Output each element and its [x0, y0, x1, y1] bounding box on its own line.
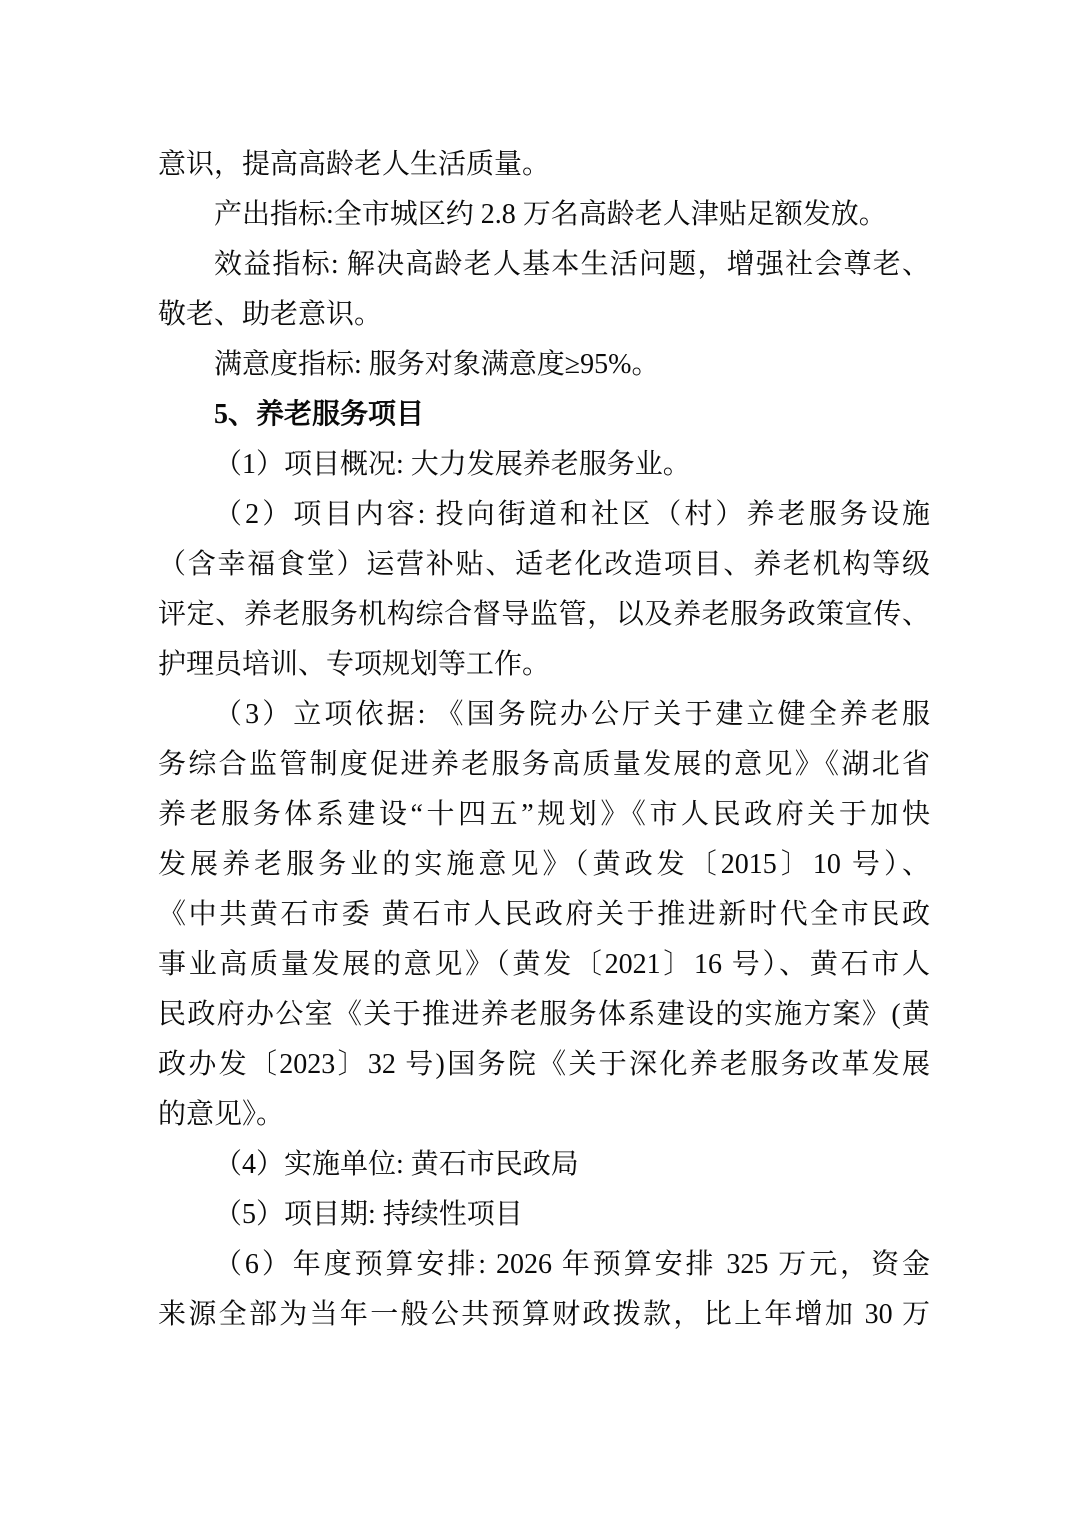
text-line: （含幸福食堂）运营补贴、适老化改造项目、养老机构等级 [158, 540, 930, 590]
text-line: 护理员培训、专项规划等工作。 [158, 640, 930, 690]
text-line: 《中共黄石市委 黄石市人民政府关于推进新时代全市民政 [158, 890, 930, 940]
text-line: （3）立项依据: 《国务院办公厅关于建立健全养老服 [158, 690, 930, 740]
text-line: 的意见》。 [158, 1090, 930, 1140]
satisfaction-indicator: 满意度指标: 服务对象满意度≥95%。 [158, 340, 930, 390]
text-line: 满意度指标: 服务对象满意度≥95%。 [158, 340, 930, 390]
text-line: （4）实施单位: 黄石市民政局 [158, 1140, 930, 1190]
text-line: （1）项目概况: 大力发展养老服务业。 [158, 440, 930, 490]
text-line: 民政府办公室《关于推进养老服务体系建设的实施方案》(黄 [158, 990, 930, 1040]
document-body: 意识，提高高龄老人生活质量。产出指标:全市城区约 2.8 万名高龄老人津贴足额发… [158, 140, 930, 1340]
text-line: 产出指标:全市城区约 2.8 万名高龄老人津贴足额发放。 [158, 190, 930, 240]
benefit-indicator: 效益指标: 解决高龄老人基本生活问题，增强社会尊老、敬老、助老意识。 [158, 240, 930, 340]
text-line: （6）年度预算安排: 2026 年预算安排 325 万元，资金 [158, 1240, 930, 1290]
carryover-text: 意识，提高高龄老人生活质量。 [158, 140, 930, 190]
document-page: 意识，提高高龄老人生活质量。产出指标:全市城区约 2.8 万名高龄老人津贴足额发… [0, 0, 1074, 1520]
text-line: 务综合监管制度促进养老服务高质量发展的意见》《湖北省 [158, 740, 930, 790]
item-4-implementing-unit: （4）实施单位: 黄石市民政局 [158, 1140, 930, 1190]
item-1-project-overview: （1）项目概况: 大力发展养老服务业。 [158, 440, 930, 490]
text-line: 事业高质量发展的意见》（黄发〔2021〕16 号）、黄石市人 [158, 940, 930, 990]
text-line: 敬老、助老意识。 [158, 290, 930, 340]
text-line: 发展养老服务业的实施意见》（黄政发〔2015〕10 号）、 [158, 840, 930, 890]
text-line: 评定、养老服务机构综合督导监管，以及养老服务政策宣传、 [158, 590, 930, 640]
heading-line: 5、养老服务项目 [158, 390, 930, 440]
text-line: （2）项目内容: 投向街道和社区（村）养老服务设施 [158, 490, 930, 540]
output-indicator: 产出指标:全市城区约 2.8 万名高龄老人津贴足额发放。 [158, 190, 930, 240]
text-line: 效益指标: 解决高龄老人基本生活问题，增强社会尊老、 [158, 240, 930, 290]
item-6-annual-budget: （6）年度预算安排: 2026 年预算安排 325 万元，资金来源全部为当年一般… [158, 1240, 930, 1340]
text-line: 来源全部为当年一般公共预算财政拨款，比上年增加 30 万 [158, 1290, 930, 1340]
text-line: 养老服务体系建设“十四五”规划》《市人民政府关于加快 [158, 790, 930, 840]
section-5-heading: 5、养老服务项目 [158, 390, 930, 440]
item-3-project-basis: （3）立项依据: 《国务院办公厅关于建立健全养老服务综合监管制度促进养老服务高质… [158, 690, 930, 1140]
text-line: （5）项目期: 持续性项目 [158, 1190, 930, 1240]
item-5-project-period: （5）项目期: 持续性项目 [158, 1190, 930, 1240]
text-line: 意识，提高高龄老人生活质量。 [158, 140, 930, 190]
item-2-project-content: （2）项目内容: 投向街道和社区（村）养老服务设施（含幸福食堂）运营补贴、适老化… [158, 490, 930, 690]
text-line: 政办发〔2023〕32 号)国务院《关于深化养老服务改革发展 [158, 1040, 930, 1090]
